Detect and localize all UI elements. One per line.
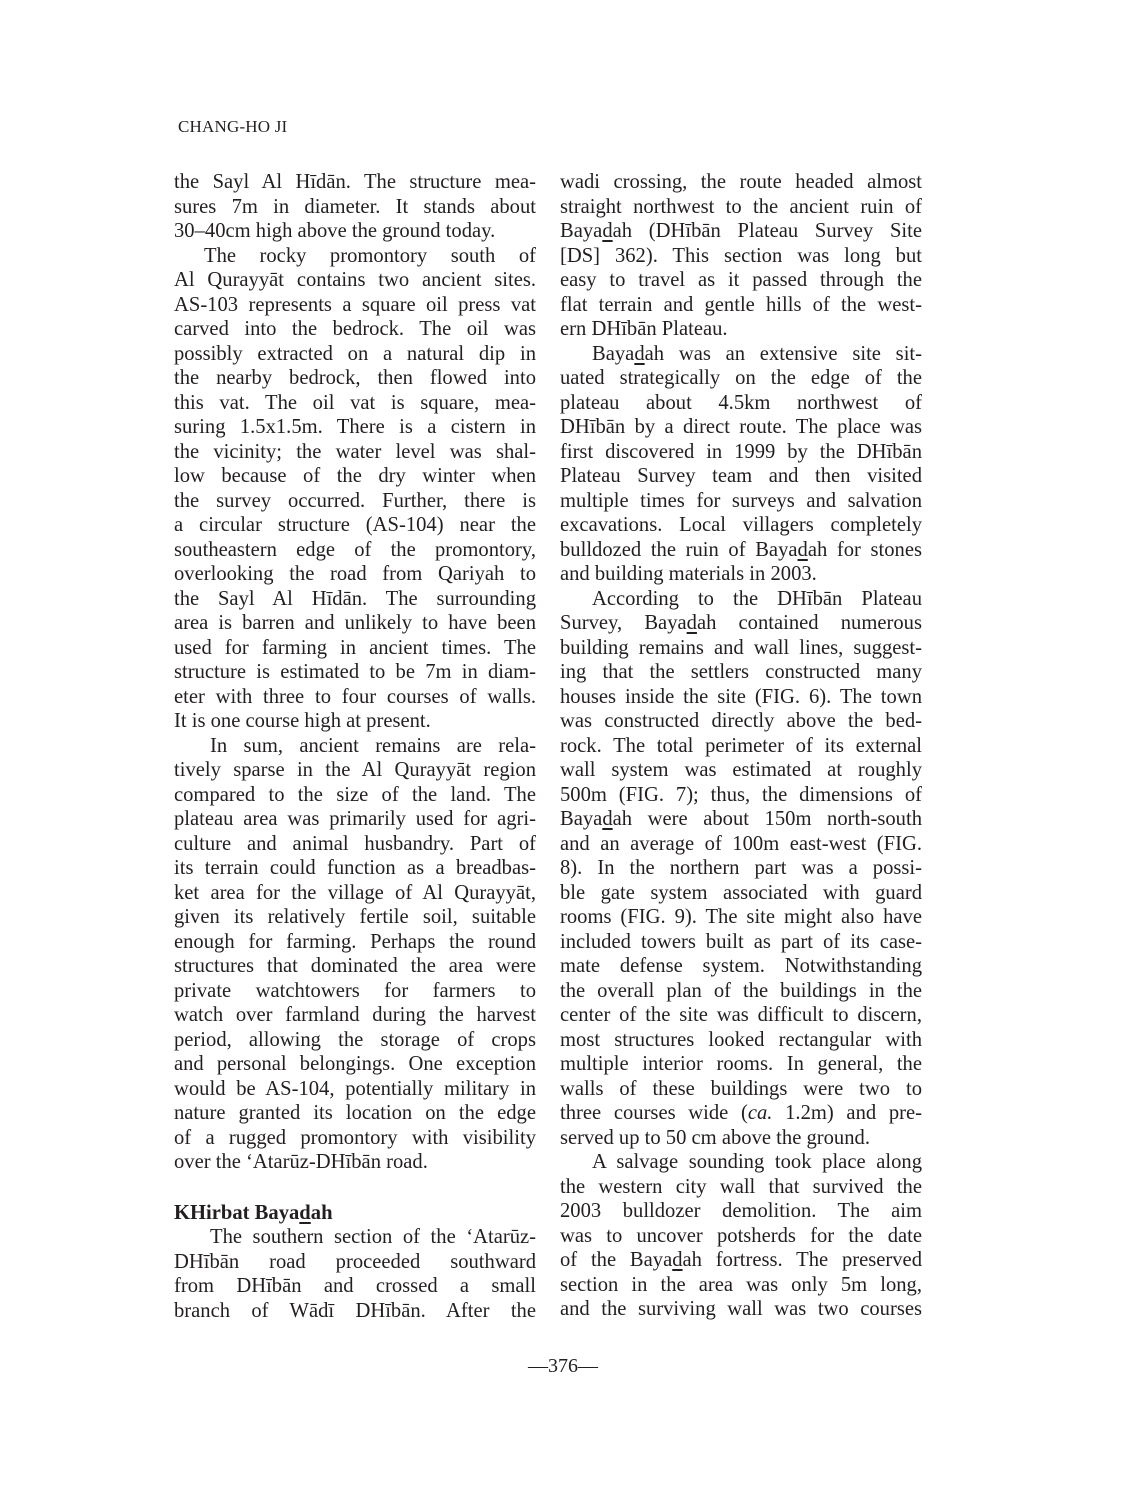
text-line: The rocky promontory south of — [174, 244, 536, 269]
text-line: plateau about 4.5km northwest of — [560, 391, 922, 416]
paragraph: the Sayl Al Hīdān. The structure mea- su… — [174, 170, 536, 244]
text-line: the Sayl Al Hīdān. The structure mea- — [174, 170, 536, 195]
italic-abbreviation: ca. — [748, 1102, 773, 1124]
text-line: area is barren and unlikely to have been — [174, 611, 536, 636]
text-run: three courses wide ( — [560, 1102, 748, 1124]
text-line: from DHībān and crossed a small — [174, 1274, 536, 1299]
paragraph: A salvage sounding took place along the … — [560, 1150, 922, 1322]
text-run: Baya — [592, 343, 634, 365]
text-run: ah (DHībān Plateau Survey Site — [613, 220, 922, 242]
text-line: used for farming in ancient times. The — [174, 636, 536, 661]
text-line: was to uncover potsherds for the date — [560, 1224, 922, 1249]
text-run: ah were about 150m north-south — [613, 808, 922, 830]
text-line: possibly extracted on a natural dip in — [174, 342, 536, 367]
text-line: ern DHībān Plateau. — [560, 317, 922, 342]
text-line: of a rugged promontory with visibility — [174, 1126, 536, 1151]
text-line: the vicinity; the water level was shal- — [174, 440, 536, 465]
text-line: of the Bayadah fortress. The preserved — [560, 1248, 922, 1273]
text-line: AS-103 represents a square oil press vat — [174, 293, 536, 318]
text-line: carved into the bedrock. The oil was — [174, 317, 536, 342]
underlined-letter: d — [602, 808, 612, 830]
text-run: Survey, Baya — [560, 612, 687, 634]
text-line: eter with three to four courses of walls… — [174, 685, 536, 710]
text-line: rooms (FIG. 9). The site might also have — [560, 905, 922, 930]
text-line: branch of Wādī DHībān. After the — [174, 1299, 536, 1324]
text-line: the nearby bedrock, then flowed into — [174, 366, 536, 391]
text-line: tively sparse in the Al Qurayyāt region — [174, 758, 536, 783]
text-line: southeastern edge of the promontory, — [174, 538, 536, 563]
text-line: multiple interior rooms. In general, the — [560, 1052, 922, 1077]
text-run: Baya — [560, 808, 602, 830]
text-line: and building materials in 2003. — [560, 562, 922, 587]
underlined-letter: d — [634, 343, 644, 365]
text-line: sures 7m in diameter. It stands about — [174, 195, 536, 220]
text-line: building remains and wall lines, suggest… — [560, 636, 922, 661]
text-line: and the surviving wall was two courses — [560, 1297, 922, 1322]
text-line: its terrain could function as a breadbas… — [174, 856, 536, 881]
text-line: would be AS-104, potentially military in — [174, 1077, 536, 1102]
text-line: 8). In the northern part was a possi- — [560, 856, 922, 881]
underlined-letter: d — [672, 1249, 682, 1271]
text-line: flat terrain and gentle hills of the wes… — [560, 293, 922, 318]
underlined-letter: d — [602, 220, 612, 242]
heading-text: KHirbat Baya — [174, 1202, 299, 1224]
text-line: Plateau Survey team and then visited — [560, 464, 922, 489]
text-line: uated strategically on the edge of the — [560, 366, 922, 391]
text-run: ah was an extensive site sit- — [645, 343, 922, 365]
text-line: houses inside the site (FIG. 6). The tow… — [560, 685, 922, 710]
section-heading: KHirbat Bayadah — [174, 1201, 536, 1226]
text-line: The southern section of the ‘Atarūz- — [174, 1225, 536, 1250]
paragraph: The southern section of the ‘Atarūz- DHī… — [174, 1225, 536, 1323]
text-line: period, allowing the storage of crops — [174, 1028, 536, 1053]
text-run: ah contained numerous — [697, 612, 922, 634]
text-line: the western city wall that survived the — [560, 1175, 922, 1200]
text-line: most structures looked rectangular with — [560, 1028, 922, 1053]
text-line: served up to 50 cm above the ground. — [560, 1126, 922, 1151]
underlined-letter: d — [798, 539, 808, 561]
text-line: center of the site was difficult to disc… — [560, 1003, 922, 1028]
text-run: ah fortress. The preserved — [683, 1249, 922, 1271]
text-line: suring 1.5x1.5m. There is a cistern in — [174, 415, 536, 440]
running-head: CHANG-HO JI — [178, 117, 287, 137]
underlined-letter: d — [687, 612, 697, 634]
text-line: this vat. The oil vat is square, mea- — [174, 391, 536, 416]
text-line: According to the DHībān Plateau — [560, 587, 922, 612]
page-number: —376— — [0, 1355, 1126, 1378]
text-line: culture and animal husbandry. Part of — [174, 832, 536, 857]
text-line: In sum, ancient remains are rela- — [174, 734, 536, 759]
text-line: Bayadah was an extensive site sit- — [560, 342, 922, 367]
text-line: plateau area was primarily used for agri… — [174, 807, 536, 832]
text-line: first discovered in 1999 by the DHībān — [560, 440, 922, 465]
text-line: easy to travel as it passed through the — [560, 268, 922, 293]
text-line: ing that the settlers constructed many — [560, 660, 922, 685]
text-line: structure is estimated to be 7m in diam- — [174, 660, 536, 685]
text-run: Baya — [560, 220, 602, 242]
text-line: ket area for the village of Al Qurayyāt, — [174, 881, 536, 906]
text-line: overlooking the road from Qariyah to — [174, 562, 536, 587]
heading-underlined-letter: d — [299, 1202, 310, 1224]
text-line: straight northwest to the ancient ruin o… — [560, 195, 922, 220]
text-line: Survey, Bayadah contained numerous — [560, 611, 922, 636]
paragraph: According to the DHībān Plateau Survey, … — [560, 587, 922, 1151]
text-line: Bayadah were about 150m north-south — [560, 807, 922, 832]
text-line: [DS] 362). This section was long but — [560, 244, 922, 269]
text-line: excavations. Local villagers completely — [560, 513, 922, 538]
text-line: watch over farmland during the harvest — [174, 1003, 536, 1028]
text-run: ah for stones — [808, 539, 922, 561]
text-line: given its relatively fertile soil, suita… — [174, 905, 536, 930]
left-column: the Sayl Al Hīdān. The structure mea- su… — [174, 170, 536, 1323]
text-line: private watchtowers for farmers to — [174, 979, 536, 1004]
paragraph: Bayadah was an extensive site sit- uated… — [560, 342, 922, 587]
text-line: low because of the dry winter when — [174, 464, 536, 489]
text-line: 30–40cm high above the ground today. — [174, 219, 536, 244]
text-run: of the Baya — [560, 1249, 672, 1271]
text-line: the overall plan of the buildings in the — [560, 979, 922, 1004]
text-line: three courses wide (ca. 1.2m) and pre- — [560, 1101, 922, 1126]
text-line: structures that dominated the area were — [174, 954, 536, 979]
paragraph: In sum, ancient remains are rela- tively… — [174, 734, 536, 1175]
text-run: bulldozed the ruin of Baya — [560, 539, 798, 561]
text-line: the Sayl Al Hīdān. The surrounding — [174, 587, 536, 612]
text-line: the survey occurred. Further, there is — [174, 489, 536, 514]
text-line: a circular structure (AS-104) near the — [174, 513, 536, 538]
text-line: Al Qurayyāt contains two ancient sites. — [174, 268, 536, 293]
text-line: mate defense system. Notwithstanding — [560, 954, 922, 979]
text-line: enough for farming. Perhaps the round — [174, 930, 536, 955]
text-line: walls of these buildings were two to — [560, 1077, 922, 1102]
text-line: was constructed directly above the bed- — [560, 709, 922, 734]
text-line: wall system was estimated at roughly — [560, 758, 922, 783]
text-run: 1.2m) and pre- — [772, 1102, 922, 1124]
text-line: over the ‘Atarūz-DHībān road. — [174, 1150, 536, 1175]
text-line: ble gate system associated with guard — [560, 881, 922, 906]
text-line: rock. The total perimeter of its externa… — [560, 734, 922, 759]
text-line: DHībān road proceeded southward — [174, 1250, 536, 1275]
text-line: A salvage sounding took place along — [560, 1150, 922, 1175]
text-line: Bayadah (DHībān Plateau Survey Site — [560, 219, 922, 244]
text-line: included towers built as part of its cas… — [560, 930, 922, 955]
text-line: nature granted its location on the edge — [174, 1101, 536, 1126]
text-line: and personal belongings. One exception — [174, 1052, 536, 1077]
text-line: bulldozed the ruin of Bayadah for stones — [560, 538, 922, 563]
paragraph: wadi crossing, the route headed almost s… — [560, 170, 922, 342]
text-line: DHībān by a direct route. The place was — [560, 415, 922, 440]
heading-text: ah — [311, 1202, 333, 1224]
text-line: wadi crossing, the route headed almost — [560, 170, 922, 195]
text-line: compared to the size of the land. The — [174, 783, 536, 808]
text-line: multiple times for surveys and salvation — [560, 489, 922, 514]
text-line: It is one course high at present. — [174, 709, 536, 734]
text-line: and an average of 100m east-west (FIG. — [560, 832, 922, 857]
text-line: section in the area was only 5m long, — [560, 1273, 922, 1298]
text-line: 500m (FIG. 7); thus, the dimensions of — [560, 783, 922, 808]
right-column: wadi crossing, the route headed almost s… — [560, 170, 922, 1322]
text-line: 2003 bulldozer demolition. The aim — [560, 1199, 922, 1224]
paragraph: The rocky promontory south of Al Qurayyā… — [174, 244, 536, 734]
